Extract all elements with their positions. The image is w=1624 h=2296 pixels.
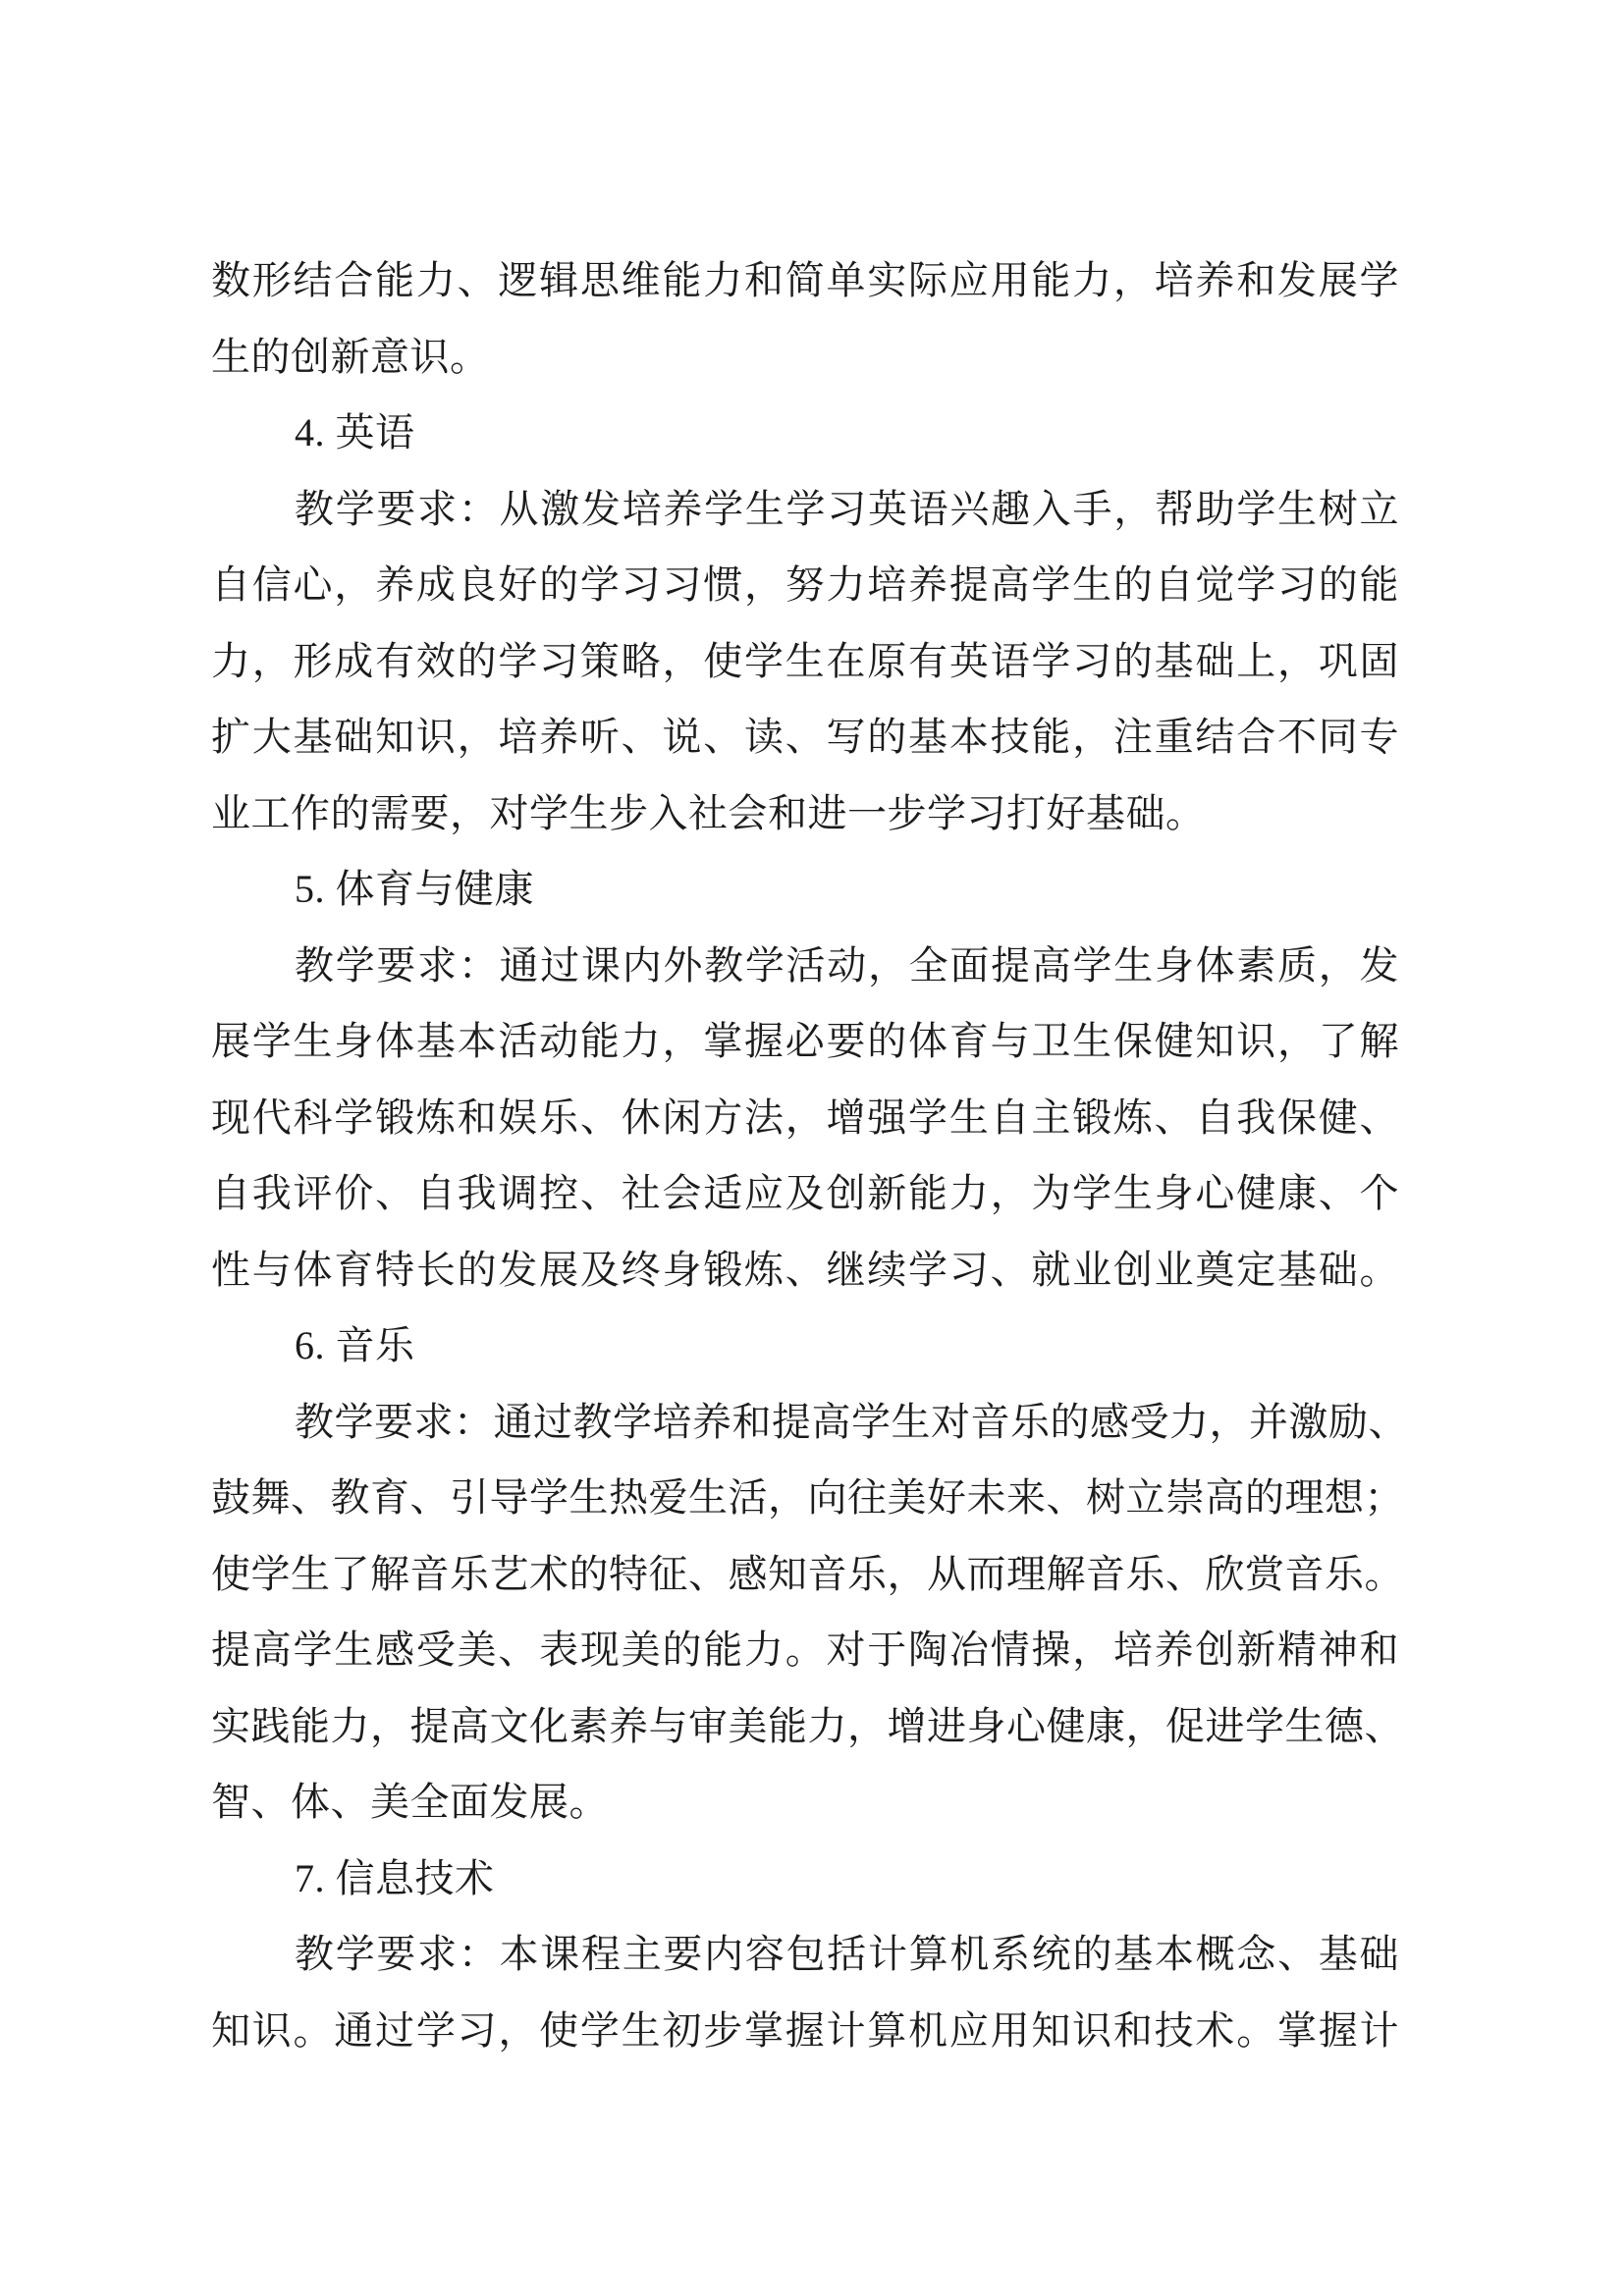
section-heading-english: 4. 英语 <box>211 395 1399 471</box>
section-heading-it: 7. 信息技术 <box>211 1841 1399 1917</box>
paragraph-line: 数形结合能力、逻辑思维能力和简单实际应用能力，培养和发展学 <box>211 242 1399 319</box>
paragraph-line: 力，形成有效的学习策略，使学生在原有英语学习的基础上，巩固 <box>211 623 1399 700</box>
paragraph-last-line: 智、体、美全面发展。 <box>211 1764 1399 1841</box>
paragraph-last-line: 生的创新意识。 <box>211 319 1399 396</box>
paragraph-line: 知识。通过学习，使学生初步掌握计算机应用知识和技术。掌握计 <box>211 1993 1399 2069</box>
paragraph-line: 自我评价、自我调控、社会适应及创新能力，为学生身心健康、个 <box>211 1155 1399 1232</box>
paragraph-line: 展学生身体基本活动能力，掌握必要的体育与卫生保健知识，了解 <box>211 1003 1399 1080</box>
paragraph-line: 提高学生感受美、表现美的能力。对于陶冶情操，培养创新精神和 <box>211 1612 1399 1688</box>
paragraph-last-line: 性与体育特长的发展及终身锻炼、继续学习、就业创业奠定基础。 <box>211 1232 1399 1308</box>
paragraph-line: 使学生了解音乐艺术的特征、感知音乐，从而理解音乐、欣赏音乐。 <box>211 1536 1399 1613</box>
section-heading-pe-health: 5. 体育与健康 <box>211 851 1399 928</box>
section-heading-music: 6. 音乐 <box>211 1308 1399 1384</box>
paragraph-line: 现代科学锻炼和娱乐、休闲方法，增强学生自主锻炼、自我保健、 <box>211 1080 1399 1156</box>
paragraph-last-line: 业工作的需要，对学生步入社会和进一步学习打好基础。 <box>211 775 1399 852</box>
paragraph-line: 自信心，养成良好的学习习惯，努力培养提高学生的自觉学习的能 <box>211 547 1399 623</box>
paragraph-first-line: 教学要求：通过教学培养和提高学生对音乐的感受力，并激励、 <box>211 1384 1399 1461</box>
paragraph-first-line: 教学要求：从激发培养学生学习英语兴趣入手，帮助学生树立 <box>211 471 1399 548</box>
paragraph-first-line: 教学要求：通过课内外教学活动，全面提高学生身体素质，发 <box>211 928 1399 1004</box>
paragraph-line: 鼓舞、教育、引导学生热爱生活，向往美好未来、树立崇高的理想； <box>211 1460 1399 1536</box>
paragraph-first-line: 教学要求：本课程主要内容包括计算机系统的基本概念、基础 <box>211 1916 1399 1993</box>
paragraph-line: 扩大基础知识，培养听、说、读、写的基本技能，注重结合不同专 <box>211 699 1399 775</box>
text-block: 数形结合能力、逻辑思维能力和简单实际应用能力，培养和发展学 生的创新意识。 4.… <box>211 242 1399 2068</box>
document-page: 数形结合能力、逻辑思维能力和简单实际应用能力，培养和发展学 生的创新意识。 4.… <box>0 0 1624 2296</box>
paragraph-line: 实践能力，提高文化素养与审美能力，增进身心健康，促进学生德、 <box>211 1688 1399 1765</box>
